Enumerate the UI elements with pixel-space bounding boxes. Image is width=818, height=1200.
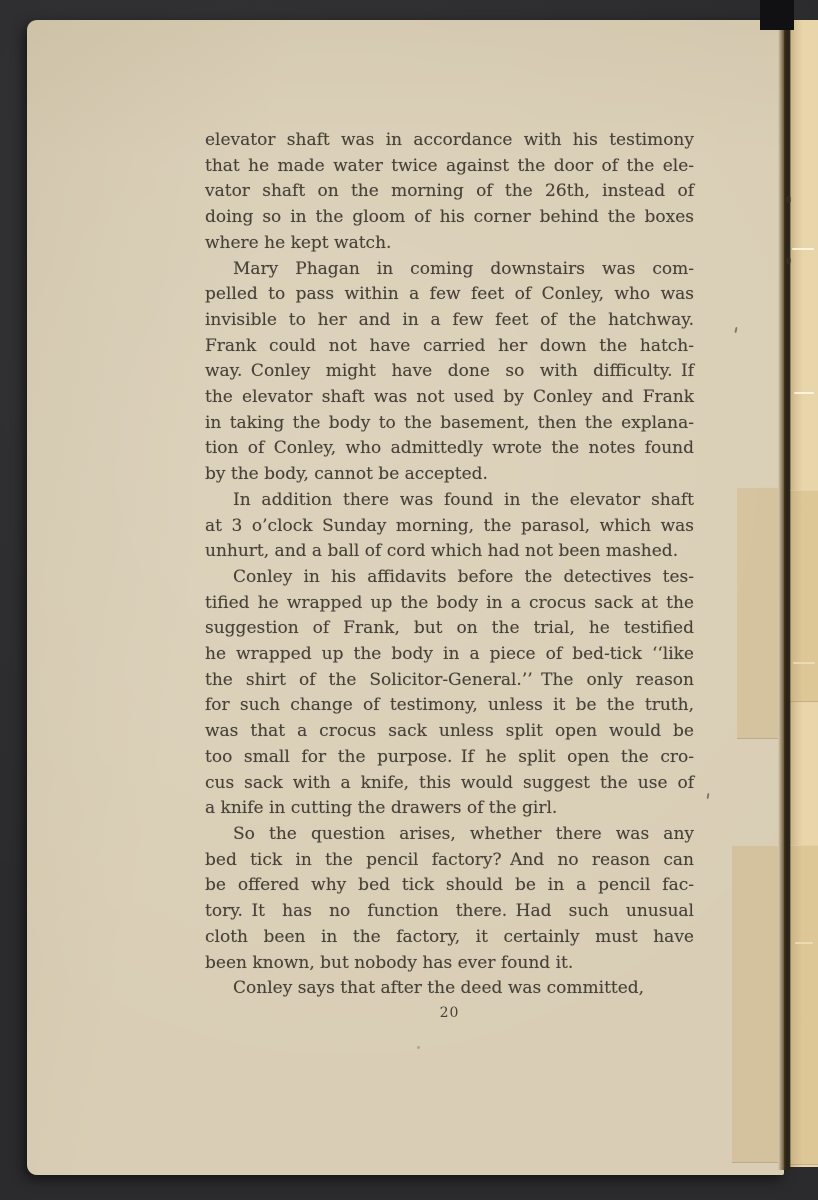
text-line: Frank could not have carried her down th…	[205, 334, 694, 360]
paper-speck	[786, 196, 791, 203]
text-line: elevator shaft was in accordance with hi…	[205, 128, 694, 154]
paper-speck	[786, 257, 791, 264]
text-line: was that a crocus sack unless split open…	[205, 719, 694, 745]
text-line: cloth been in the factory, it certainly …	[205, 925, 694, 951]
text-line: that he made water twice against the doo…	[205, 154, 694, 180]
paragraph: elevator shaft was in accordance with hi…	[205, 128, 694, 257]
scanned-book-photo: elevator shaft was in accordance with hi…	[0, 0, 818, 1200]
paragraph: In addition there was found in the eleva…	[205, 488, 694, 565]
binding-gutter	[778, 18, 791, 1170]
text-line: cus sack with a knife, this would sugges…	[205, 771, 694, 797]
text-line: unhurt, and a ball of cord which had not…	[205, 539, 694, 565]
text-line: at 3 o’clock Sunday morning, the parasol…	[205, 514, 694, 540]
text-line: too small for the purpose. If he split o…	[205, 745, 694, 771]
text-line: way. Conley might have done so with diff…	[205, 359, 694, 385]
text-line: Mary Phagan in coming downstairs was com…	[205, 257, 694, 283]
text-line: pelled to pass within a few feet of Conl…	[205, 282, 694, 308]
page-crease	[792, 248, 814, 250]
page-crease	[794, 392, 814, 394]
text-line: for such change of testimony, unless it …	[205, 693, 694, 719]
tape-patch	[790, 490, 818, 702]
text-line: Conley says that after the deed was comm…	[205, 976, 694, 1002]
paper-speck	[417, 1046, 420, 1049]
text-line: where he kept watch.	[205, 231, 694, 257]
text-line: suggestion of Frank, but on the trial, h…	[205, 616, 694, 642]
text-line: In addition there was found in the eleva…	[205, 488, 694, 514]
paragraph: Conley says that after the deed was comm…	[205, 976, 694, 1002]
text-line: tion of Conley, who admittedly wrote the…	[205, 436, 694, 462]
tape-patch	[732, 845, 778, 1163]
text-line: by the body, cannot be accepted.	[205, 462, 694, 488]
paragraph: Mary Phagan in coming downstairs was com…	[205, 257, 694, 488]
text-line: a knife in cutting the drawers of the gi…	[205, 796, 694, 822]
text-line: he wrapped up the body in a piece of bed…	[205, 642, 694, 668]
text-line: the elevator shaft was not used by Conle…	[205, 385, 694, 411]
text-line: Conley in his affidavits before the dete…	[205, 565, 694, 591]
text-line: doing so in the gloom of his corner behi…	[205, 205, 694, 231]
paragraph: Conley in his affidavits before the dete…	[205, 565, 694, 822]
tape-patch	[790, 845, 818, 1165]
book-page: elevator shaft was in accordance with hi…	[27, 20, 784, 1175]
text-line: been known, but nobody has ever found it…	[205, 951, 694, 977]
text-line: in taking the body to the basement, then…	[205, 411, 694, 437]
text-line: vator shaft on the morning of the 26th, …	[205, 179, 694, 205]
gutter-top-shadow	[760, 0, 794, 30]
text-line: the shirt of the Solicitor-General.’’ Th…	[205, 668, 694, 694]
tape-patch	[737, 487, 778, 739]
paragraph: So the question arises, whether there wa…	[205, 822, 694, 976]
text-line: tory. It has no function there. Had such…	[205, 899, 694, 925]
text-line: tified he wrapped up the body in a crocu…	[205, 591, 694, 617]
text-line: be offered why bed tick should be in a p…	[205, 873, 694, 899]
body-text: elevator shaft was in accordance with hi…	[205, 128, 694, 1002]
text-line: So the question arises, whether there wa…	[205, 822, 694, 848]
page-number: 20	[205, 1005, 694, 1021]
text-line: invisible to her and in a few feet of th…	[205, 308, 694, 334]
text-line: bed tick in the pencil factory? And no r…	[205, 848, 694, 874]
